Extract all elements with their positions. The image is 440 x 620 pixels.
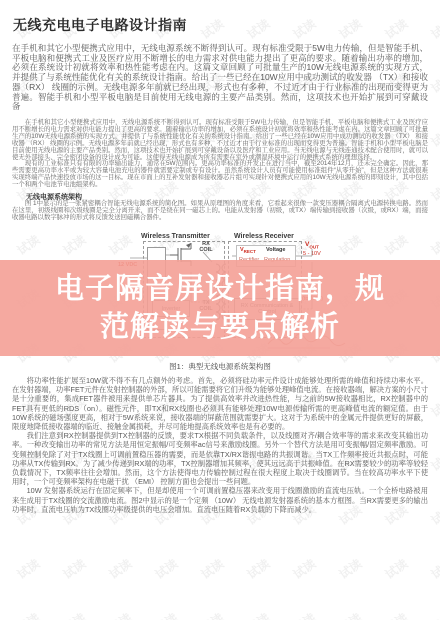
fixed-frequency-paragraph: 10W 发射器系统运行在固定频率下，但是却使用一个可调前置稳压器来改变用于线圈激… — [12, 486, 428, 514]
banner-title-line-1: 电子隔音屏设计指南，规 — [55, 270, 385, 308]
power-scaling-paragraph: 将功率性能扩展至10W就不得不有几点额外的考虑。首先，必须将硅功率元件设计成能够… — [12, 376, 428, 431]
dense-paragraph-block: 在手机和其它小型便携式应用中，无线电源系统不断得到认可。现有标准受限于5W电力传… — [12, 120, 428, 189]
feedback-control-paragraph: 我们注意到RX控制器提供到TX控制器的反馈，要求TX根据不同负载条件，以及线圈对… — [12, 431, 428, 486]
dense-paragraph-2: 现有的工业标准只有有限的功率输出能力，通常在5W范围内。更高功率标准的开发正在进… — [12, 161, 428, 189]
banner-title-line-2: 范解读与要点解析 — [100, 308, 340, 346]
page-title: 无线充电电子电路设计指南 — [13, 15, 427, 35]
document-page: 试读 无线充电电子电路设计指南 在手机和其它小型便携式应用中，无线电源系统不断得… — [0, 0, 440, 620]
intro-paragraph: 在手机和其它小型便携式应用中，无线电源系统不断得到认可。现有标准受限于5W电力传… — [12, 44, 428, 112]
architecture-paragraph: 图 1中显示的是一张紧密耦合智能无线电源系统的简化图。如果从原理图的角度来看，它… — [12, 200, 428, 222]
figure1-caption: 图1：典型无线电源系统架构图 — [0, 361, 440, 372]
promo-banner-overlay: 电子隔音屏设计指南，规 范解读与要点解析 — [0, 260, 440, 356]
dense-paragraph-1: 在手机和其它小型便携式应用中，无线电源系统不断得到认可。现有标准受限于5W电力传… — [12, 120, 428, 161]
bottom-paragraph-block: 将功率性能扩展至10W就不得不有几点额外的考虑。首先，必须将硅功率元件设计成能够… — [12, 376, 428, 514]
